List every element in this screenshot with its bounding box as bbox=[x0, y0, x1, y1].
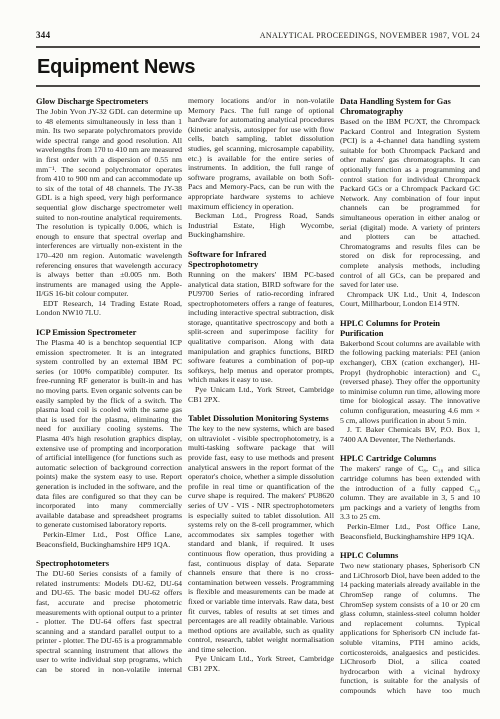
column-2: memory locations and/or in non-volatile … bbox=[188, 96, 334, 695]
section-heading: HPLC Columns for Protein Purification bbox=[340, 318, 480, 338]
page-title: Equipment News bbox=[37, 56, 480, 78]
section-body: Running on the makers' IBM PC-based anal… bbox=[188, 270, 334, 385]
section-heading: HPLC Cartridge Columns bbox=[340, 453, 480, 463]
section-heading: Data Handling System for Gas Chromatogra… bbox=[340, 96, 480, 116]
section-heading: HPLC Columns bbox=[340, 550, 480, 560]
section-address: Perkin-Elmer Ltd., Post Office Lane, Bea… bbox=[36, 530, 182, 549]
section-heading: Tablet Dissolution Monitoring Systems bbox=[188, 413, 334, 423]
journal-page: 344 ANALYTICAL PROCEEDINGS, NOVEMBER 198… bbox=[0, 0, 500, 719]
section-address: Perkin-Elmer Ltd., Post Office Lane, Bea… bbox=[340, 522, 480, 541]
section-body: The key to the new systems, which are ba… bbox=[188, 424, 334, 654]
section-body: The Jobin Yvon JY-32 GDL can determine u… bbox=[36, 107, 182, 299]
section-body: The DU-60 Series consists of a family of… bbox=[36, 569, 182, 675]
section-address: Beckman Ltd., Progress Road, Sands Indus… bbox=[188, 211, 334, 240]
section-address: Chrompack UK Ltd., Unit 4, Indescon Cour… bbox=[340, 290, 480, 309]
top-rule-divider bbox=[36, 46, 480, 48]
page-content: 344 ANALYTICAL PROCEEDINGS, NOVEMBER 198… bbox=[36, 0, 480, 695]
section-address: J. T. Baker Chemicals BV, P.O. Box 1, 74… bbox=[340, 425, 480, 444]
section-glow-discharge-spectrometers: Glow Discharge Spectrometers The Jobin Y… bbox=[36, 96, 182, 318]
section-body: The Plasma 40 is a benchtop sequential I… bbox=[36, 338, 182, 530]
article-columns: Glow Discharge Spectrometers The Jobin Y… bbox=[36, 96, 480, 695]
section-hplc-columns: HPLC Columns Two new stationary phases, … bbox=[340, 550, 480, 695]
section-address: Pye Unicam Ltd., York Street, Cambridge … bbox=[188, 654, 334, 673]
section-body: The makers' range of C₈, C₁₈ and silica … bbox=[340, 464, 480, 522]
section-body: Two new stationary phases, Spherisorb CN… bbox=[340, 561, 480, 695]
section-hplc-cartridge-columns: HPLC Cartridge Columns The makers' range… bbox=[340, 453, 480, 541]
section-icp-emission-spectrometer: ICP Emission Spectrometer The Plasma 40 … bbox=[36, 327, 182, 549]
page-number: 344 bbox=[36, 30, 50, 40]
section-tablet-dissolution-monitoring-systems: Tablet Dissolution Monitoring Systems Th… bbox=[188, 413, 334, 673]
section-body: Based on the IBM PC/XT, the Chrompack Pa… bbox=[340, 117, 480, 290]
section-body: Bakerbond Scout columns are available wi… bbox=[340, 339, 480, 425]
column-3: Data Handling System for Gas Chromatogra… bbox=[340, 96, 480, 695]
section-heading: Software for Infrared Spectrophotometry bbox=[188, 249, 334, 269]
section-heading: Glow Discharge Spectrometers bbox=[36, 96, 182, 106]
journal-header-line: ANALYTICAL PROCEEDINGS, NOVEMBER 1987, V… bbox=[260, 31, 480, 40]
masthead: 344 ANALYTICAL PROCEEDINGS, NOVEMBER 198… bbox=[36, 0, 480, 40]
section-address: Pye Unicam Ltd., York Street, Cambridge … bbox=[188, 385, 334, 404]
section-heading: ICP Emission Spectrometer bbox=[36, 327, 182, 337]
section-spectrophotometers-continued: memory locations and/or in non-volatile … bbox=[188, 96, 334, 240]
title-rule-divider bbox=[36, 85, 480, 87]
section-spectrophotometers: Spectrophotometers The DU-60 Series cons… bbox=[36, 558, 182, 675]
section-heading: Spectrophotometers bbox=[36, 558, 182, 568]
section-software-for-infrared-spectrophotometry: Software for Infrared Spectrophotometry … bbox=[188, 249, 334, 404]
column-1: Glow Discharge Spectrometers The Jobin Y… bbox=[36, 96, 182, 695]
section-address: EDT Research, 14 Trading Estate Road, Lo… bbox=[36, 299, 182, 318]
section-body: memory locations and/or in non-volatile … bbox=[188, 96, 334, 211]
section-data-handling-system-for-gas-chromatography: Data Handling System for Gas Chromatogra… bbox=[340, 96, 480, 309]
section-hplc-columns-for-protein-purification: HPLC Columns for Protein Purification Ba… bbox=[340, 318, 480, 445]
